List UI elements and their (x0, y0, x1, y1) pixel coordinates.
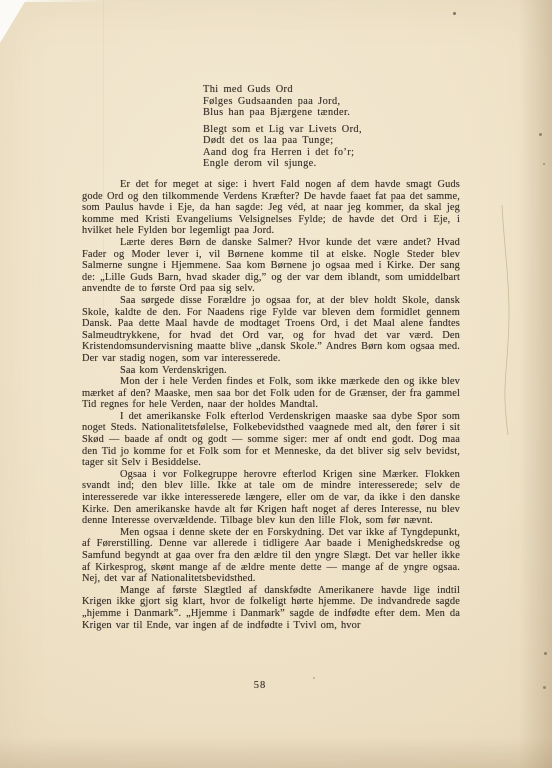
body-text: Er det for meget at sige: i hvert Fald n… (82, 179, 460, 631)
paragraph: Ogsaa i vor Folkegruppe herovre efterlod… (82, 469, 460, 527)
ink-speck (544, 652, 547, 655)
verse-stanza-1: Thi med Guds Ord Følges Gudsaanden paa J… (203, 84, 362, 119)
paragraph: Men ogsaa i denne skete der en Forskydni… (82, 527, 460, 585)
paragraph: Saa sørgede disse Forældre jo ogsaa for,… (82, 295, 460, 365)
ink-speck (453, 12, 456, 15)
ink-speck (543, 686, 546, 689)
paragraph: Mon der i hele Verden findes et Folk, so… (82, 376, 460, 411)
verse-line: Dødt det os laa paa Tunge; (203, 135, 362, 147)
paper-crease-line (495, 195, 521, 440)
page-corner-fold (0, 0, 26, 43)
verse-line: Følges Gudsaanden paa Jord, (203, 96, 362, 108)
page-number: 58 (82, 680, 438, 691)
paragraph: I det amerikanske Folk efterlod Verdensk… (82, 411, 460, 469)
verse-line: Blegt som et Lig var Livets Ord, (203, 124, 362, 136)
verse-block: Thi med Guds Ord Følges Gudsaanden paa J… (203, 84, 362, 170)
page-top-edge (18, 0, 108, 2)
verse-line: Thi med Guds Ord (203, 84, 362, 96)
verse-line: Engle derom vil sjunge. (203, 158, 362, 170)
verse-line: Blus han paa Bjærgene tænder. (203, 107, 362, 119)
paragraph: Saa kom Verdenskrigen. (82, 365, 460, 377)
paragraph: Er det for meget at sige: i hvert Fald n… (82, 179, 460, 237)
ink-speck (313, 677, 315, 679)
verse-stanza-2: Blegt som et Lig var Livets Ord, Dødt de… (203, 124, 362, 170)
paragraph: Mange af første Slægtled af danskfødte A… (82, 585, 460, 631)
ink-speck (543, 163, 545, 165)
scanned-book-page: Thi med Guds Ord Følges Gudsaanden paa J… (0, 0, 552, 768)
ink-speck (539, 133, 542, 136)
paragraph: Lærte deres Børn de danske Salmer? Hvor … (82, 237, 460, 295)
verse-line: Aand dog fra Herren i det fo’r; (203, 147, 362, 159)
